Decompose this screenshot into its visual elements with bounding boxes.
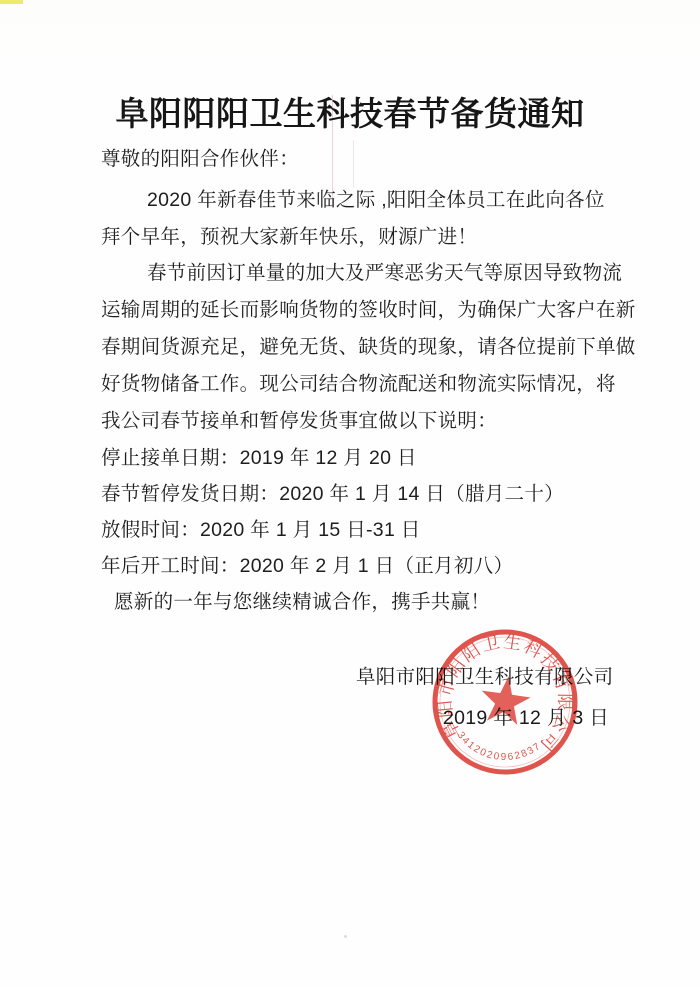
star-icon bbox=[478, 673, 533, 726]
body-line: 好货物储备工作。现公司结合物流配送和物流实际情况，将 bbox=[101, 372, 616, 397]
closing-line: 愿新的一年与您继续精诚合作，携手共赢！ bbox=[114, 590, 490, 615]
company-seal: 阜阳市阳阳卫生科技有限公司 3412020962837 bbox=[419, 616, 591, 788]
body-line: 2020 年新春佳节来临之际 ,阳阳全体员工在此向各位 bbox=[147, 188, 605, 213]
body-line: 春节前因订单量的加大及严寒恶劣天气等原因导致物流 bbox=[147, 261, 622, 286]
scan-speck bbox=[344, 935, 347, 938]
page-title: 阜阳阳阳卫生科技春节备货通知 bbox=[0, 88, 700, 135]
schedule-line-holiday: 放假时间：2020 年 1 月 15 日-31 日 bbox=[101, 518, 421, 543]
body-line: 我公司春节接单和暂停发货事宜做以下说明： bbox=[101, 409, 497, 434]
scan-artifact-line bbox=[353, 140, 354, 188]
schedule-line-stop-shipping: 春节暂停发货日期：2020 年 1 月 14 日（腊月二十） bbox=[101, 482, 564, 507]
schedule-line-stop-orders: 停止接单日期：2019 年 12 月 20 日 bbox=[101, 446, 417, 471]
salutation: 尊敬的阳阳合作伙伴： bbox=[101, 147, 299, 172]
body-line: 拜个早年，预祝大家新年快乐，财源广进！ bbox=[101, 225, 477, 250]
scan-artifact-strip bbox=[0, 0, 23, 4]
body-line: 运输周期的延长而影响货物的签收时间，为确保广大客户在新 bbox=[101, 298, 636, 323]
schedule-line-reopen: 年后开工时间：2020 年 2 月 1 日（正月初八） bbox=[101, 554, 513, 579]
scanned-notice-page: 阜阳阳阳卫生科技春节备货通知 尊敬的阳阳合作伙伴： 2020 年新春佳节来临之际… bbox=[0, 0, 700, 987]
body-line: 春期间货源充足，避免无货、缺货的现象，请各位提前下单做 bbox=[101, 335, 636, 360]
